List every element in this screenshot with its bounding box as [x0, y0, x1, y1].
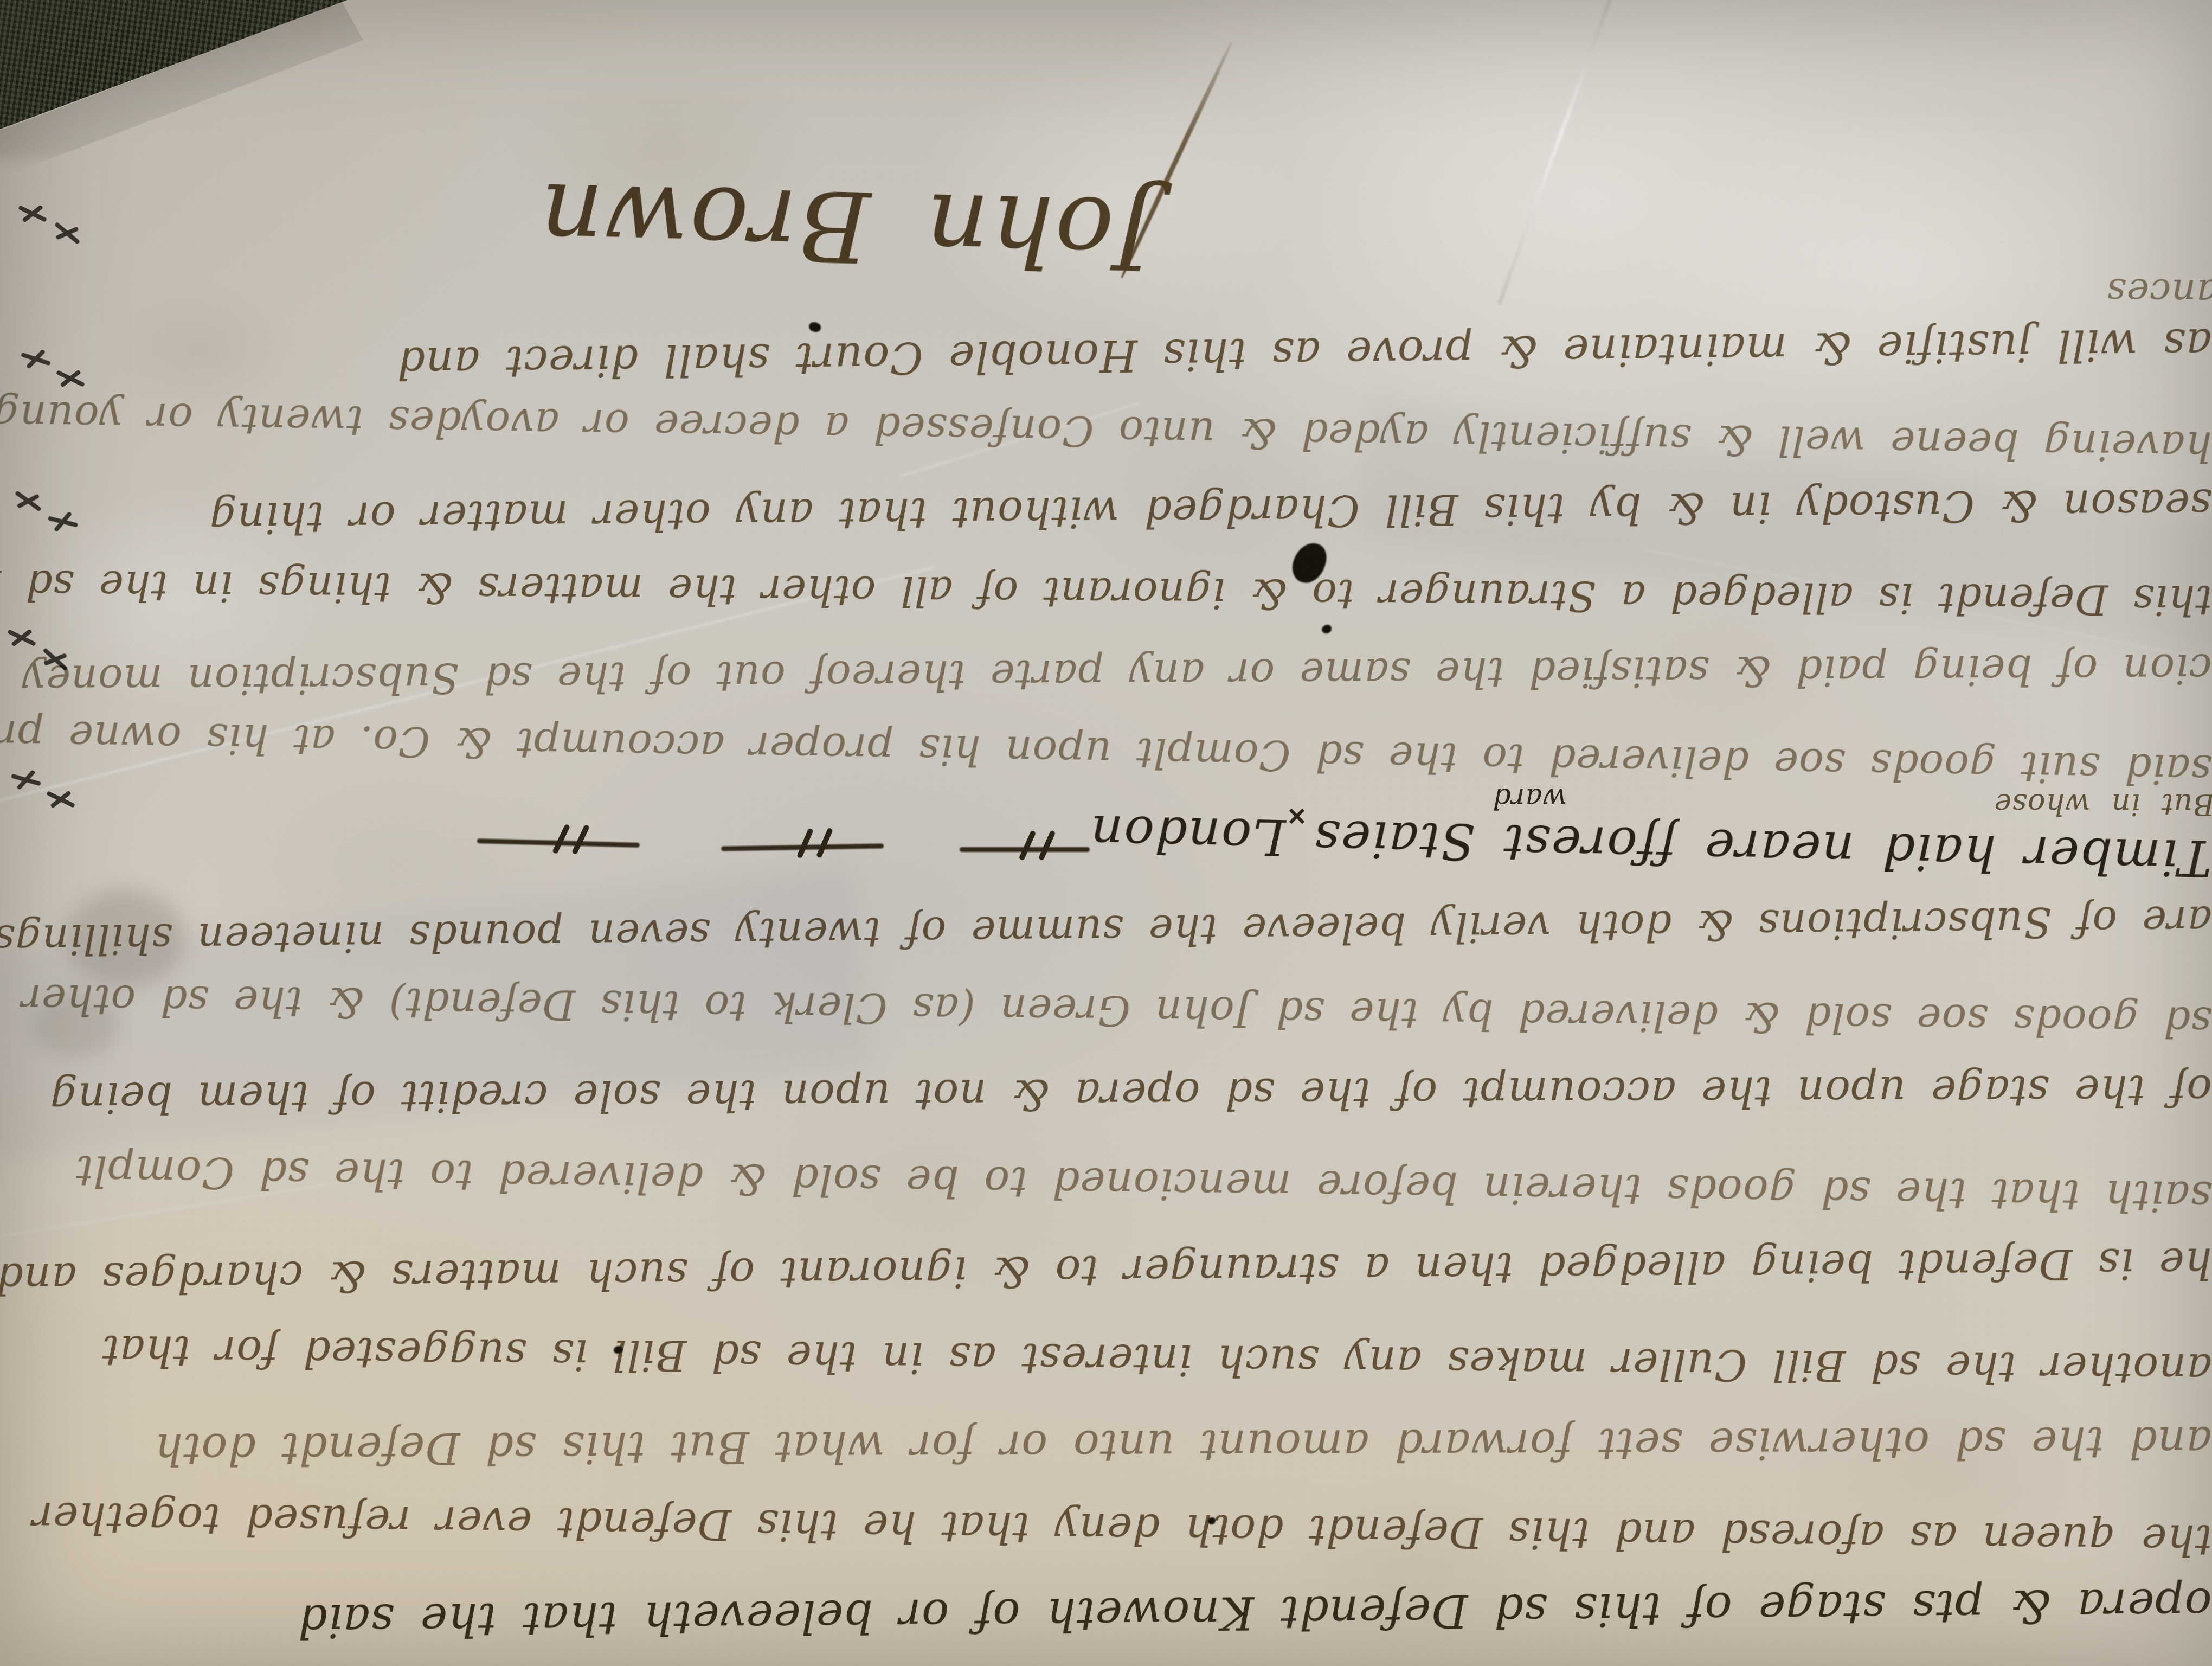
manuscript-photo: John Brown Substances as will justifie &… — [0, 0, 2212, 1666]
stitch-mark — [7, 763, 46, 797]
text-line: haveing beene well & sufficiently ayded … — [76, 393, 2212, 471]
text-line: another the sd Bill Culler makes any suc… — [0, 1324, 2212, 1393]
text-line: cion of being paid & satisfied the same … — [0, 645, 2212, 705]
crease — [1497, 0, 1616, 305]
text-line: and the sd otherwise sett forward amount… — [0, 1417, 2212, 1476]
line-filler-mark — [721, 827, 884, 862]
text-line: Substances — [1930, 268, 2212, 316]
text-line: opera & pts stage of this sd Defendt Kno… — [0, 1578, 2212, 1651]
ink-blot — [1322, 625, 1332, 633]
inserted-word: ward — [1464, 782, 1567, 815]
text-line: of the stage upon the accoumpt of the sd… — [0, 1066, 2212, 1123]
stitch-mark — [47, 215, 88, 251]
text-line: this Defendt is alledged a Straunger to … — [0, 560, 2212, 625]
ink-blot — [807, 320, 822, 335]
stitch-mark — [53, 364, 88, 393]
text-line: he is Defendt being alledged then a stra… — [0, 1238, 2212, 1303]
text-line: sd goods soe sold & delivered by the sd … — [0, 974, 2212, 1046]
stitch-mark — [15, 200, 50, 228]
stitch-mark — [17, 343, 55, 375]
signature: John Brown — [530, 138, 1156, 290]
text-line: saith that the sd goods therein before m… — [0, 1144, 2212, 1221]
text-line: said suit goods soe delivered to the sd … — [0, 710, 2212, 794]
line-filler-mark — [477, 822, 640, 859]
text-line: as will justifie & maintaine & prove as … — [125, 319, 2212, 391]
text-line: are of Subscriptions & doth verily belee… — [0, 897, 2212, 965]
cloth-backing — [0, 0, 358, 136]
stitch-mark — [43, 785, 78, 813]
text-line: season & Custody in & by this Bill Chard… — [22, 479, 2212, 543]
text-line: the queen as aforesd and this Defendt do… — [0, 1491, 2212, 1564]
stitch-mark — [4, 624, 39, 652]
line-start-fragment: But in whose — [2009, 787, 2212, 822]
